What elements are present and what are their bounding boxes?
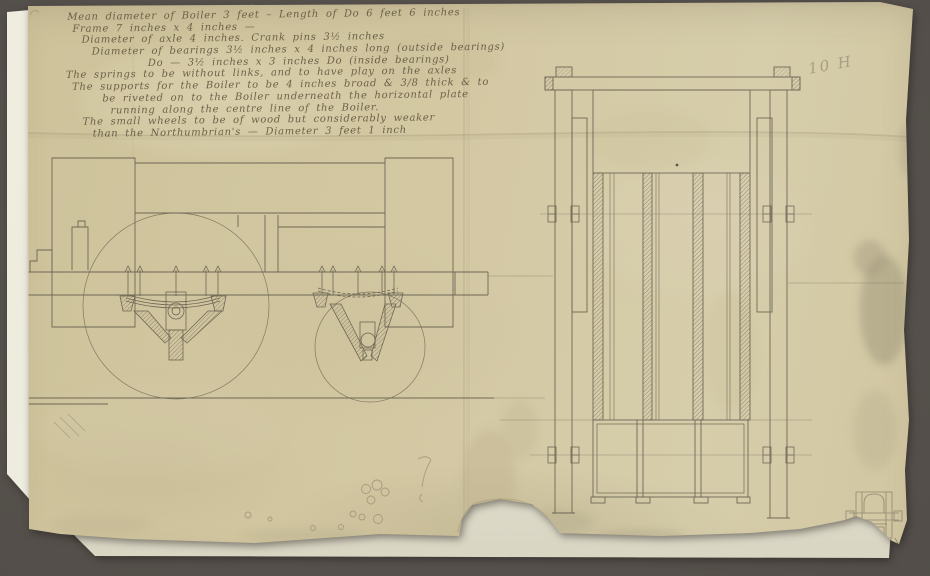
front-step bbox=[30, 250, 52, 272]
chimney-stub bbox=[72, 221, 88, 270]
note-line: Frame 7 inches x 4 inches — bbox=[72, 18, 559, 36]
paper-highlights bbox=[40, 45, 810, 480]
drawing-sheet-shadow: Mean diameter of Boiler 3 feet – Length … bbox=[0, 0, 930, 576]
pencil-construction-lines bbox=[488, 214, 904, 455]
firebox-outline bbox=[52, 158, 135, 327]
page-mark: 10 H bbox=[807, 52, 854, 78]
inner-rail-left bbox=[572, 118, 587, 312]
doodles bbox=[245, 457, 431, 531]
driving-wheel bbox=[83, 213, 269, 399]
boiler-lines bbox=[135, 163, 385, 227]
smokebox-outline bbox=[385, 158, 453, 327]
ground-line bbox=[28, 398, 494, 404]
inner-rail-right bbox=[757, 118, 772, 312]
note-line: Diameter of axle 4 inches. Crank pins 3½… bbox=[82, 29, 560, 47]
note-line: than the Northumbrian's — Diameter 3 fee… bbox=[93, 123, 561, 140]
note-line: The supports for the Boiler to be 4 inch… bbox=[72, 76, 560, 94]
drawing-linework bbox=[0, 0, 930, 576]
note-line: be riveted on to the Boiler underneath t… bbox=[102, 88, 560, 105]
note-line: running along the centre line of the Boi… bbox=[110, 99, 560, 116]
outer-rail-left bbox=[555, 90, 572, 513]
trailing-wheel bbox=[315, 292, 425, 402]
elevation-view bbox=[28, 158, 494, 404]
longitudinal-bars bbox=[610, 173, 730, 420]
beam-block-left bbox=[556, 67, 572, 77]
front-spring-assembly bbox=[120, 266, 226, 360]
drawing-sheet: Mean diameter of Boiler 3 feet – Length … bbox=[0, 0, 930, 576]
boiler-support-pillar bbox=[238, 215, 278, 272]
buffer-beam bbox=[545, 77, 800, 90]
frame-bar bbox=[28, 272, 488, 295]
boiler-plan bbox=[593, 90, 750, 173]
plan-view bbox=[545, 67, 800, 518]
scan-background: Mean diameter of Boiler 3 feet – Length … bbox=[0, 0, 930, 576]
note-line: Do — 3½ inches x 3 inches Do (inside bea… bbox=[148, 53, 560, 70]
outer-rail-right bbox=[770, 90, 787, 518]
note-line: The springs to be without links, and to … bbox=[66, 64, 560, 82]
rear-cross-box bbox=[593, 420, 748, 497]
stains bbox=[50, 34, 914, 547]
note-line: Mean diameter of Boiler 3 feet – Length … bbox=[67, 6, 559, 24]
handwritten-notes: Mean diameter of Boiler 3 feet – Length … bbox=[59, 6, 561, 141]
rear-spring-assembly bbox=[313, 266, 403, 361]
note-line: Diameter of bearings 3½ inches x 4 inche… bbox=[92, 41, 560, 58]
fold-creases bbox=[28, 8, 910, 534]
pencil-marks bbox=[30, 11, 85, 438]
beam-block-right bbox=[774, 67, 790, 77]
detail-sketch bbox=[846, 492, 902, 559]
axle-boxes bbox=[548, 206, 794, 463]
note-line: The small wheels to be of wood but consi… bbox=[83, 111, 561, 129]
